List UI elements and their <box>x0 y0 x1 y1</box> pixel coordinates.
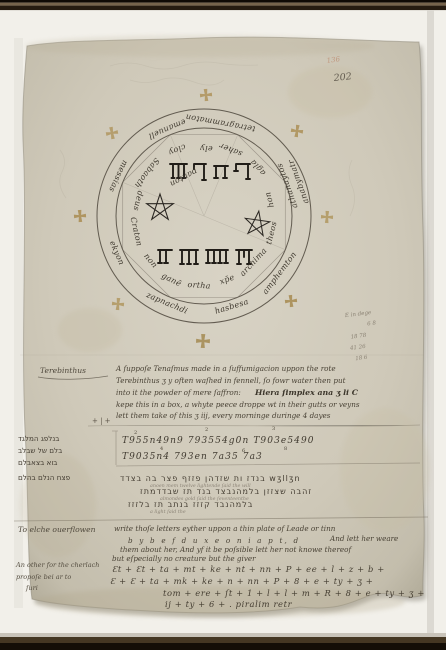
closing-margin-line: An other for the cherlach <box>15 561 99 569</box>
recipe-line: lett them take of this ʒ iij, every morn… <box>116 411 331 420</box>
cipher-margin-line: בוא בצאבלם <box>18 458 57 467</box>
cipher-superscript: 6 <box>242 448 245 454</box>
table-edge-bottom-dark <box>0 643 446 650</box>
ring-word: ortha <box>187 280 211 291</box>
interlinear-gloss: a light ſaid the <box>150 509 186 515</box>
recipe-line: kepe this in a box, a whyte peece droppe… <box>116 400 360 409</box>
closing-margin-line: propoſe bei ar to <box>16 573 71 581</box>
sigil-glyph <box>180 250 198 264</box>
charm-line: but eſpecially no creature but the giver <box>112 554 256 563</box>
symbol-row: Ɛt + Ɛt + ta + mt + ke + nt + nn + P + e… <box>112 564 385 574</box>
charm-margin-heading: To elche ouerflowen <box>18 525 96 534</box>
cipher-margin-line: פצח הנלם בהלם <box>18 473 71 482</box>
foliation-ink: 202 <box>332 71 352 84</box>
table-edge-top-shadow <box>0 6 446 11</box>
cipher-script-line: בנדז ות שזדהן פזזף פצר בה בצדד wʒllʒn <box>120 474 301 483</box>
charm-line: And lett her weare <box>329 534 398 543</box>
interlinear-gloss: anoen mem twelve lightende ſaid the will <box>150 483 251 489</box>
cipher-superscript: 2 <box>134 430 137 436</box>
cipher-superscript: 2 <box>205 427 208 433</box>
page-stack-shadow <box>427 10 434 638</box>
bottom-mat-shadow <box>0 633 446 637</box>
cipher-superscript: 3 <box>272 426 275 432</box>
cipher-superscript: 8 <box>284 446 287 452</box>
scribble-line: 6 8 <box>367 320 377 327</box>
closing-margin-line: ſuri <box>25 584 38 592</box>
recipe-margin-heading: Terebinthus <box>40 366 86 375</box>
cipher-margin-line: בנלפג המלגד <box>18 434 59 443</box>
symbol-row: tom + ere + ſt + 1 + l + l + m + R + 8 +… <box>163 588 425 598</box>
symbol-row: ij + ty + 6 + . piralim retr <box>165 599 293 609</box>
table-edge-top-dark <box>0 0 446 3</box>
table-edge-bottom <box>0 637 446 643</box>
recipe-cross-marks: + | + <box>92 417 111 425</box>
recipe-line: A ſuppoſe Tenaſmus made in a ſuffumigaci… <box>115 364 336 373</box>
ring-word: ely <box>200 144 213 153</box>
cipher-number-row: T955n49n9 793554g0n T903e5490 <box>122 436 315 446</box>
recipe-line: into it the powder of mere ſaffron: <box>116 388 241 397</box>
manuscript-scan: 136 202 <box>0 0 446 650</box>
cipher-margin-line: בלם של שבלב <box>18 446 62 455</box>
symbol-row: Ɛ + Ɛ + ta + mk + ke + n + nn + P + 8 + … <box>110 576 373 586</box>
charm-line: them about her, And yf it be poſsible le… <box>120 545 352 554</box>
charm-line: write thoſe letters eyther uppon a thin … <box>114 524 336 533</box>
interlinear-gloss: almondes gold ſaid the ſeventeenthe <box>160 496 249 502</box>
recipe-line-emphasis: Hiera ſimplex ana ʒ li C <box>254 388 359 397</box>
recipe-line: Terebinthus ʒ y often waſhed in fennell,… <box>116 376 346 385</box>
table-edge-top-light <box>0 3 446 6</box>
cipher-superscript: 4 <box>160 446 163 452</box>
charm-letter-row: b y b e f d u x e o n i a p t, d <box>128 536 300 545</box>
left-mat-shading <box>14 38 23 608</box>
manuscript-photo: 136 202 <box>0 0 446 650</box>
